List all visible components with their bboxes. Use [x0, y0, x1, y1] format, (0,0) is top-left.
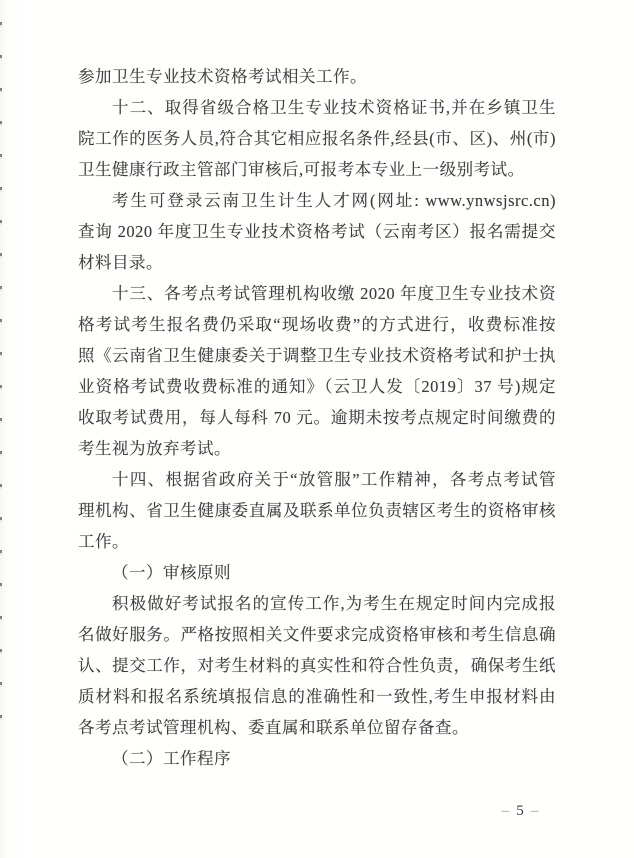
paragraph-review-principles-body: 积极做好考试报名的宣传工作,为考生在规定时间内完成报 名做好服务。严格按照相关文…: [78, 588, 556, 743]
document-line: 十二、取得省级合格卫生专业技术资格证书,并在乡镇卫生: [78, 92, 556, 123]
document-line: 名做好服务。严格按照相关文件要求完成资格审核和考生信息确: [78, 619, 556, 650]
scan-binding-edge-marks: [0, 22, 2, 722]
paragraph-continuation: 参加卫生专业技术资格考试相关工作。: [78, 61, 556, 92]
document-line: 院工作的医务人员,符合其它相应报名条件,经县(市、区)、州(市): [78, 123, 556, 154]
page-number: –5–: [440, 800, 600, 822]
document-line: 业资格考试费收费标准的通知》（云卫人发〔2019〕37 号)规定: [78, 371, 556, 402]
document-line: 工作。: [78, 526, 556, 557]
paragraph-item-12: 十二、取得省级合格卫生专业技术资格证书,并在乡镇卫生 院工作的医务人员,符合其它…: [78, 92, 556, 185]
section-heading-line: （一）审核原则: [78, 557, 556, 588]
document-line: 质材料和报名系统填报信息的准确性和一致性,考生申报材料由: [78, 681, 556, 712]
page-number-dash-left: –: [495, 803, 517, 819]
document-line: 收取考试费用，每人每科 70 元。逾期未按考点规定时间缴费的: [78, 402, 556, 433]
section-heading-line: （二）工作程序: [78, 743, 556, 774]
document-line: 参加卫生专业技术资格考试相关工作。: [78, 61, 556, 92]
page-number-value: 5: [516, 803, 524, 819]
document-line: 各考点考试管理机构、委直属和联系单位留存备查。: [78, 712, 556, 743]
document-line: 考生视为放弃考试。: [78, 433, 556, 464]
document-line: 卫生健康行政主管部门审核后,可报考本专业上一级别考试。: [78, 154, 556, 185]
document-line: 积极做好考试报名的宣传工作,为考生在规定时间内完成报: [78, 588, 556, 619]
document-line: 考生可登录云南卫生计生人才网(网址: www.ynwsjsrc.cn): [78, 185, 556, 216]
document-line: 十三、各考点考试管理机构收缴 2020 年度卫生专业技术资: [78, 278, 556, 309]
section-heading-work-procedure: （二）工作程序: [78, 743, 556, 774]
paragraph-item-14: 十四、根据省政府关于“放管服”工作精神，各考点考试管 理机构、省卫生健康委直属及…: [78, 464, 556, 557]
paragraph-item-13: 十三、各考点考试管理机构收缴 2020 年度卫生专业技术资 格考试考生报名费仍采…: [78, 278, 556, 464]
document-line: 理机构、省卫生健康委直属及联系单位负责辖区考生的资格审核: [78, 495, 556, 526]
section-heading-review-principles: （一）审核原则: [78, 557, 556, 588]
document-line: 认、提交工作，对考生材料的真实性和符合性负责，确保考生纸: [78, 650, 556, 681]
page-number-dash-right: –: [524, 803, 546, 819]
document-line: 查询 2020 年度卫生专业技术资格考试（云南考区）报名需提交: [78, 216, 556, 247]
document-line: 格考试考生报名费仍采取“现场收费”的方式进行，收费标准按: [78, 309, 556, 340]
document-line: 十四、根据省政府关于“放管服”工作精神，各考点考试管: [78, 464, 556, 495]
document-line: 照《云南省卫生健康委关于调整卫生专业技术资格考试和护士执: [78, 340, 556, 371]
paragraph-website-info: 考生可登录云南卫生计生人才网(网址: www.ynwsjsrc.cn) 查询 2…: [78, 185, 556, 278]
document-line: 材料目录。: [78, 247, 556, 278]
document-text-block: 参加卫生专业技术资格考试相关工作。 十二、取得省级合格卫生专业技术资格证书,并在…: [78, 61, 556, 774]
scanned-document-page: 参加卫生专业技术资格考试相关工作。 十二、取得省级合格卫生专业技术资格证书,并在…: [0, 0, 634, 858]
